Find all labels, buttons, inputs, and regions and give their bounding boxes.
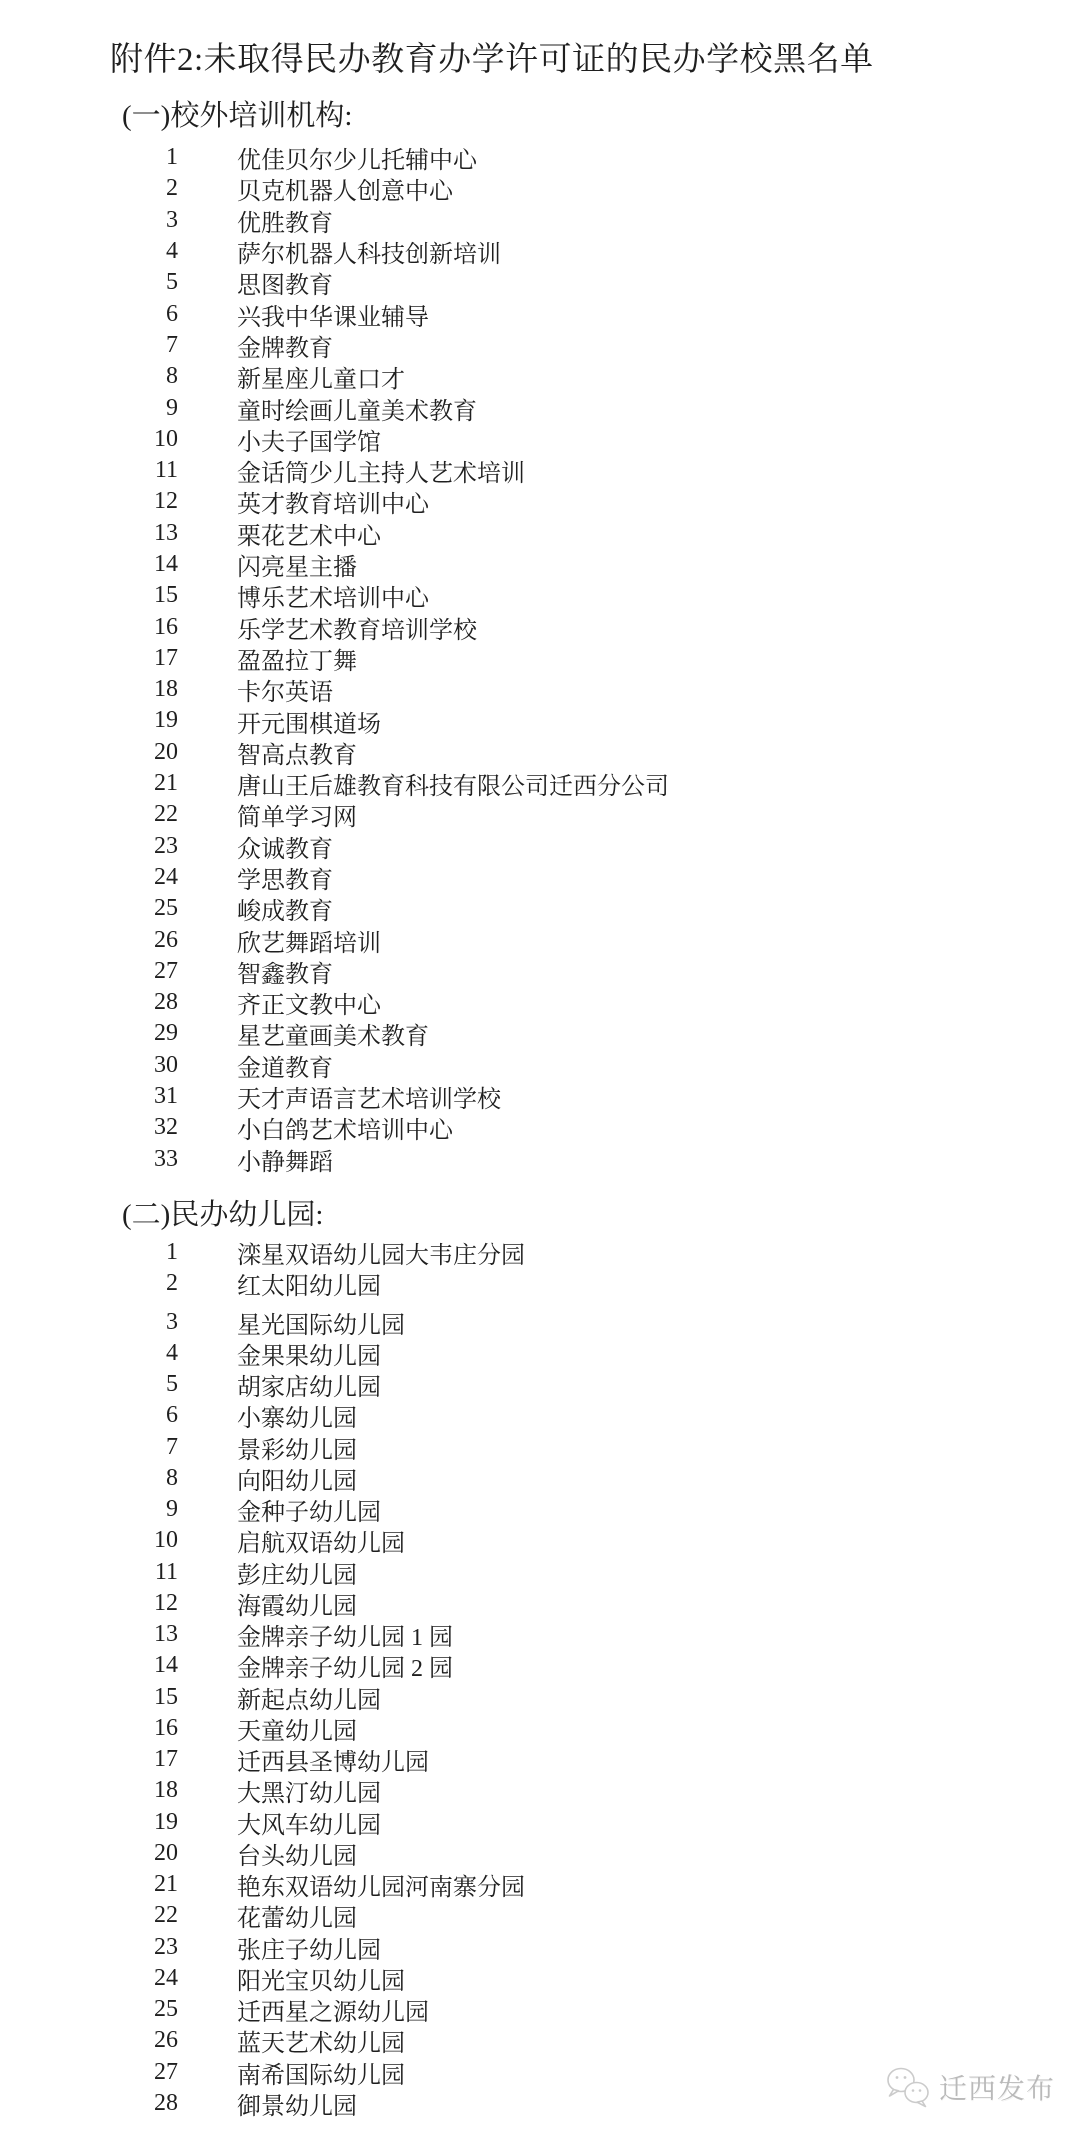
item-number: 33 — [122, 1146, 178, 1173]
item-number: 23 — [122, 1934, 178, 1961]
item-number: 25 — [122, 895, 178, 922]
item-number: 25 — [122, 1996, 178, 2023]
item-name: 萨尔机器人科技创新培训 — [237, 234, 501, 269]
item-name: 英才教育培训中心 — [237, 484, 429, 519]
item-name: 小寨幼儿园 — [237, 1398, 357, 1433]
item-name: 星艺童画美术教育 — [237, 1016, 429, 1051]
item-number: 27 — [122, 2059, 178, 2086]
list-item: 24阳光宝贝幼儿园 — [0, 1963, 1080, 1994]
item-name: 海霞幼儿园 — [237, 1586, 357, 1621]
list-item: 1滦星双语幼儿园大韦庄分园 — [0, 1237, 1080, 1268]
item-name: 贝克机器人创意中心 — [237, 171, 453, 206]
list-item: 17盈盈拉丁舞 — [0, 643, 1080, 674]
item-number: 8 — [122, 363, 178, 390]
item-number: 8 — [122, 1465, 178, 1492]
list-item: 7景彩幼儿园 — [0, 1432, 1080, 1463]
item-name: 众诚教育 — [237, 829, 333, 864]
item-number: 32 — [122, 1114, 178, 1141]
item-name: 学思教育 — [237, 860, 333, 895]
item-number: 22 — [122, 801, 178, 828]
list-item: 29星艺童画美术教育 — [0, 1018, 1080, 1049]
list-item: 26蓝天艺术幼儿园 — [0, 2025, 1080, 2056]
item-number: 10 — [122, 1527, 178, 1554]
item-name: 大风车幼儿园 — [237, 1805, 381, 1840]
item-number: 5 — [122, 269, 178, 296]
item-name: 智高点教育 — [237, 735, 357, 770]
item-number: 26 — [122, 927, 178, 954]
item-number: 9 — [122, 1496, 178, 1523]
list-item: 12海霞幼儿园 — [0, 1588, 1080, 1619]
item-number: 29 — [122, 1020, 178, 1047]
item-name: 欣艺舞蹈培训 — [237, 923, 381, 958]
list-item: 28齐正文教中心 — [0, 987, 1080, 1018]
item-number: 13 — [122, 520, 178, 547]
list-item: 33小静舞蹈 — [0, 1144, 1080, 1175]
list-item: 5胡家店幼儿园 — [0, 1369, 1080, 1400]
list-item: 1优佳贝尔少儿托辅中心 — [0, 142, 1080, 173]
item-number: 27 — [122, 958, 178, 985]
item-name: 迁西县圣博幼儿园 — [237, 1742, 429, 1777]
item-number: 14 — [122, 551, 178, 578]
item-name: 大黑汀幼儿园 — [237, 1773, 381, 1808]
item-name: 红太阳幼儿园 — [237, 1266, 381, 1301]
list-item: 25迁西星之源幼儿园 — [0, 1994, 1080, 2025]
item-number: 21 — [122, 770, 178, 797]
item-name: 花蕾幼儿园 — [237, 1898, 357, 1933]
list-item: 3星光国际幼儿园 — [0, 1307, 1080, 1338]
list-item: 23张庄子幼儿园 — [0, 1932, 1080, 1963]
wechat-bubbles-icon — [884, 2066, 934, 2108]
list-item: 3优胜教育 — [0, 205, 1080, 236]
item-number: 28 — [122, 2090, 178, 2117]
item-number: 6 — [122, 301, 178, 328]
item-number: 6 — [122, 1402, 178, 1429]
item-number: 23 — [122, 833, 178, 860]
item-number: 15 — [122, 582, 178, 609]
list-item: 22花蕾幼儿园 — [0, 1900, 1080, 1931]
item-name: 金牌亲子幼儿园 1 园 — [237, 1617, 453, 1652]
list-item: 13金牌亲子幼儿园 1 园 — [0, 1619, 1080, 1650]
item-number: 5 — [122, 1371, 178, 1398]
list-item: 11金话筒少儿主持人艺术培训 — [0, 455, 1080, 486]
list-item: 6小寨幼儿园 — [0, 1400, 1080, 1431]
item-number: 21 — [122, 1871, 178, 1898]
item-name: 金牌亲子幼儿园 2 园 — [237, 1648, 453, 1683]
item-number: 14 — [122, 1652, 178, 1679]
watermark: 迁西发布 — [884, 2066, 1055, 2108]
item-name: 开元围棋道场 — [237, 704, 381, 739]
list-item: 14闪亮星主播 — [0, 549, 1080, 580]
item-number: 1 — [122, 1239, 178, 1266]
item-name: 金牌教育 — [237, 328, 333, 363]
item-number: 22 — [122, 1902, 178, 1929]
list-item: 12英才教育培训中心 — [0, 486, 1080, 517]
list-item: 9金种子幼儿园 — [0, 1494, 1080, 1525]
document-title: 附件2:未取得民办教育办学许可证的民办学校黑名单 — [110, 33, 874, 80]
item-number: 2 — [122, 175, 178, 202]
item-number: 12 — [122, 1590, 178, 1617]
item-name: 南希国际幼儿园 — [237, 2055, 405, 2090]
item-name: 天才声语言艺术培训学校 — [237, 1079, 501, 1114]
item-name: 胡家店幼儿园 — [237, 1367, 381, 1402]
item-name: 迁西星之源幼儿园 — [237, 1992, 429, 2027]
list-item: 21艳东双语幼儿园河南寨分园 — [0, 1869, 1080, 1900]
section-heading-training-institutions: (一)校外培训机构: — [122, 93, 352, 134]
item-number: 26 — [122, 2027, 178, 2054]
item-number: 2 — [122, 1270, 178, 1297]
item-number: 9 — [122, 395, 178, 422]
list-item: 6兴我中华课业辅导 — [0, 298, 1080, 329]
item-name: 蓝天艺术幼儿园 — [237, 2023, 405, 2058]
item-name: 彭庄幼儿园 — [237, 1555, 357, 1590]
item-name: 滦星双语幼儿园大韦庄分园 — [237, 1235, 525, 1270]
list-item: 13栗花艺术中心 — [0, 518, 1080, 549]
item-name: 闪亮星主播 — [237, 547, 357, 582]
item-number: 28 — [122, 989, 178, 1016]
item-name: 金种子幼儿园 — [237, 1492, 381, 1527]
item-number: 18 — [122, 676, 178, 703]
item-name: 新星座儿童口才 — [237, 359, 405, 394]
item-name: 张庄子幼儿园 — [237, 1930, 381, 1965]
list-item: 4金果果幼儿园 — [0, 1338, 1080, 1369]
list-item: 4萨尔机器人科技创新培训 — [0, 236, 1080, 267]
item-number: 4 — [122, 238, 178, 265]
item-name: 景彩幼儿园 — [237, 1430, 357, 1465]
list-item: 31天才声语言艺术培训学校 — [0, 1081, 1080, 1112]
list-item: 10启航双语幼儿园 — [0, 1525, 1080, 1556]
item-name: 盈盈拉丁舞 — [237, 641, 357, 676]
item-number: 3 — [122, 207, 178, 234]
item-name: 新起点幼儿园 — [237, 1680, 381, 1715]
item-number: 20 — [122, 1840, 178, 1867]
list-item: 18卡尔英语 — [0, 674, 1080, 705]
item-name: 童时绘画儿童美术教育 — [237, 391, 477, 426]
item-name: 御景幼儿园 — [237, 2086, 357, 2121]
item-number: 1 — [122, 144, 178, 171]
item-name: 唐山王后雄教育科技有限公司迁西分公司 — [237, 766, 669, 801]
item-number: 4 — [122, 1340, 178, 1367]
item-name: 天童幼儿园 — [237, 1711, 357, 1746]
item-number: 24 — [122, 1965, 178, 1992]
item-name: 思图教育 — [237, 265, 333, 300]
watermark-text: 迁西发布 — [939, 2067, 1055, 2107]
item-name: 优佳贝尔少儿托辅中心 — [237, 140, 477, 175]
list-item: 18大黑汀幼儿园 — [0, 1775, 1080, 1806]
item-number: 17 — [122, 645, 178, 672]
list-item: 2贝克机器人创意中心 — [0, 173, 1080, 204]
list-item: 20智高点教育 — [0, 737, 1080, 768]
item-number: 18 — [122, 1777, 178, 1804]
list-item: 14金牌亲子幼儿园 2 园 — [0, 1650, 1080, 1681]
list-item: 21唐山王后雄教育科技有限公司迁西分公司 — [0, 768, 1080, 799]
item-name: 小夫子国学馆 — [237, 422, 381, 457]
item-name: 启航双语幼儿园 — [237, 1523, 405, 1558]
list-item: 8向阳幼儿园 — [0, 1463, 1080, 1494]
item-number: 7 — [122, 1434, 178, 1461]
list-item: 5思图教育 — [0, 267, 1080, 298]
list-item: 19大风车幼儿园 — [0, 1807, 1080, 1838]
list-item: 25峻成教育 — [0, 893, 1080, 924]
item-number: 13 — [122, 1621, 178, 1648]
item-name: 金话筒少儿主持人艺术培训 — [237, 453, 525, 488]
list-item: 32小白鸽艺术培训中心 — [0, 1112, 1080, 1143]
item-number: 17 — [122, 1746, 178, 1773]
item-name: 卡尔英语 — [237, 672, 333, 707]
item-name: 乐学艺术教育培训学校 — [237, 610, 477, 645]
item-number: 30 — [122, 1052, 178, 1079]
list-item: 22简单学习网 — [0, 799, 1080, 830]
training-institutions-list: 1优佳贝尔少儿托辅中心2贝克机器人创意中心3优胜教育4萨尔机器人科技创新培训5思… — [0, 142, 1080, 1175]
list-item: 23众诚教育 — [0, 831, 1080, 862]
item-name: 简单学习网 — [237, 797, 357, 832]
item-name: 金道教育 — [237, 1048, 333, 1083]
list-item: 7金牌教育 — [0, 330, 1080, 361]
item-number: 7 — [122, 332, 178, 359]
item-number: 10 — [122, 426, 178, 453]
item-name: 优胜教育 — [237, 203, 333, 238]
list-item: 9童时绘画儿童美术教育 — [0, 392, 1080, 423]
private-kindergartens-list: 1滦星双语幼儿园大韦庄分园2红太阳幼儿园3星光国际幼儿园4金果果幼儿园5胡家店幼… — [0, 1237, 1080, 2119]
list-item: 16天童幼儿园 — [0, 1713, 1080, 1744]
item-number: 31 — [122, 1083, 178, 1110]
item-name: 博乐艺术培训中心 — [237, 578, 429, 613]
item-name: 阳光宝贝幼儿园 — [237, 1961, 405, 1996]
item-number: 16 — [122, 614, 178, 641]
item-name: 金果果幼儿园 — [237, 1336, 381, 1371]
item-number: 24 — [122, 864, 178, 891]
list-item: 15新起点幼儿园 — [0, 1682, 1080, 1713]
item-name: 星光国际幼儿园 — [237, 1305, 405, 1340]
list-item: 8新星座儿童口才 — [0, 361, 1080, 392]
item-name: 兴我中华课业辅导 — [237, 297, 429, 332]
item-number: 3 — [122, 1309, 178, 1336]
item-name: 齐正文教中心 — [237, 985, 381, 1020]
list-item: 27智鑫教育 — [0, 956, 1080, 987]
item-name: 栗花艺术中心 — [237, 516, 381, 551]
item-number: 19 — [122, 1809, 178, 1836]
item-number: 19 — [122, 707, 178, 734]
item-name: 艳东双语幼儿园河南寨分园 — [237, 1867, 525, 1902]
item-name: 台头幼儿园 — [237, 1836, 357, 1871]
item-name: 峻成教育 — [237, 891, 333, 926]
list-item: 17迁西县圣博幼儿园 — [0, 1744, 1080, 1775]
list-item: 19开元围棋道场 — [0, 705, 1080, 736]
item-number: 11 — [122, 1559, 178, 1586]
list-item: 15博乐艺术培训中心 — [0, 580, 1080, 611]
item-number: 16 — [122, 1715, 178, 1742]
item-name: 向阳幼儿园 — [237, 1461, 357, 1496]
section-heading-private-kindergartens: (二)民办幼儿园: — [122, 1192, 323, 1233]
item-name: 小白鸽艺术培训中心 — [237, 1110, 453, 1145]
list-item: 26欣艺舞蹈培训 — [0, 924, 1080, 955]
list-item: 20台头幼儿园 — [0, 1838, 1080, 1869]
item-name: 智鑫教育 — [237, 954, 333, 989]
list-item: 10小夫子国学馆 — [0, 424, 1080, 455]
list-item: 24学思教育 — [0, 862, 1080, 893]
list-item: 30金道教育 — [0, 1050, 1080, 1081]
item-number: 12 — [122, 488, 178, 515]
item-name: 小静舞蹈 — [237, 1142, 333, 1177]
list-item: 16乐学艺术教育培训学校 — [0, 611, 1080, 642]
item-number: 20 — [122, 739, 178, 766]
list-item: 11彭庄幼儿园 — [0, 1557, 1080, 1588]
item-number: 15 — [122, 1684, 178, 1711]
item-number: 11 — [122, 457, 178, 484]
document-page: 附件2:未取得民办教育办学许可证的民办学校黑名单 (一)校外培训机构: 1优佳贝… — [0, 0, 1080, 2143]
list-item: 2红太阳幼儿园 — [0, 1268, 1080, 1299]
